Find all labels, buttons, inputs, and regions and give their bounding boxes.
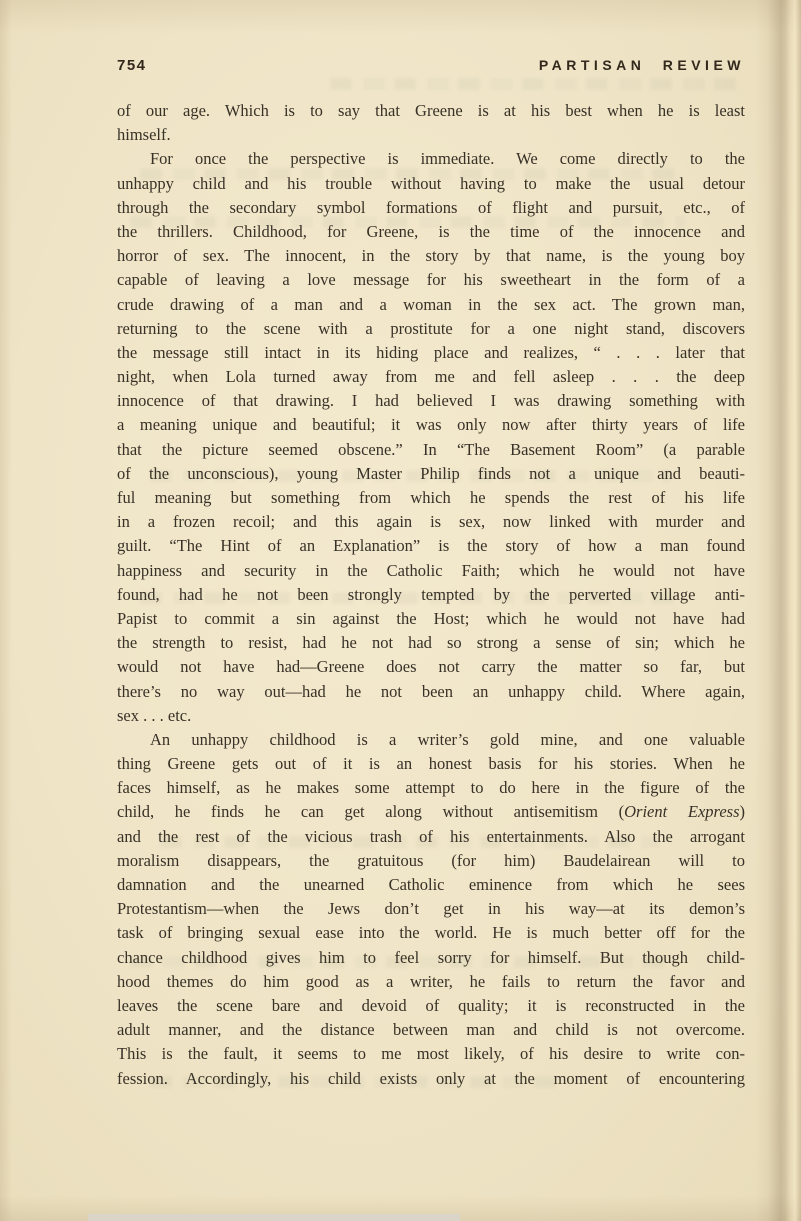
text-segment: capable of leaving a love message for hi… [117,270,745,289]
text-segment: returning to the scene with a prostitute… [117,319,745,338]
text-segment: innocence of that drawing. I had believe… [117,391,745,410]
text-segment: Orient Express [624,802,739,821]
text-line: child, he finds he can get along without… [117,800,745,824]
text-segment: there’s no way out—had he not been an un… [117,682,745,701]
text-line: guilt. “The Hint of an Explanation” is t… [117,534,745,558]
text-segment: This is the fault, it seems to me most l… [117,1044,745,1063]
text-segment: task of bringing sexual ease into the wo… [117,923,745,942]
text-line: hood themes do him good as a writer, he … [117,970,745,994]
text-segment: that the picture seemed obscene.” In “Th… [117,440,745,459]
text-line: adult manner, and the distance between m… [117,1018,745,1042]
text-line: sex . . . etc. [117,704,745,728]
paragraph: An unhappy childhood is a writer’s gold … [117,728,745,1091]
text-segment: a meaning unique and beautiful; it was o… [117,415,745,434]
text-segment: child, he finds he can get along without… [117,802,624,821]
text-line: An unhappy childhood is a writer’s gold … [117,728,745,752]
text-segment: through the secondary symbol formations … [117,198,745,217]
text-line: the message still intact in its hiding p… [117,341,745,365]
text-line: would not have had—Greene does not carry… [117,655,745,679]
text-line: For once the perspective is immediate. W… [117,147,745,171]
text-line: unhappy child and his trouble without ha… [117,172,745,196]
text-segment: leaves the scene bare and devoid of qual… [117,996,745,1015]
text-line: This is the fault, it seems to me most l… [117,1042,745,1066]
text-segment: the thrillers. Childhood, for Greene, is… [117,222,745,241]
scanned-page: 754 PARTISAN REVIEW of our age. Which is… [0,0,801,1221]
text-segment: in a frozen recoil; and this again is se… [117,512,745,531]
text-line: in a frozen recoil; and this again is se… [117,510,745,534]
text-segment: thing Greene gets out of it is an honest… [117,754,745,773]
text-line: found, had he not been strongly tempted … [117,583,745,607]
text-line: fession. Accordingly, his child exists o… [117,1067,745,1091]
text-line: the strength to resist, had he not had s… [117,631,745,655]
text-segment: Protestantism—when the Jews don’t get in… [117,899,745,918]
text-line: of our age. Which is to say that Greene … [117,99,745,123]
text-segment: An unhappy childhood is a writer’s gold … [150,730,745,749]
page-number: 754 [117,57,147,74]
text-segment: chance childhood gives him to feel sorry… [117,948,745,967]
text-segment: and the rest of the vicious trash of his… [117,827,745,846]
running-head: 754 PARTISAN REVIEW [117,57,745,74]
text-line: himself. [117,123,745,147]
text-segment: damnation and the unearned Catholic emin… [117,875,745,894]
text-line: horror of sex. The innocent, in the stor… [117,244,745,268]
text-segment: the message still intact in its hiding p… [117,343,745,362]
text-line: returning to the scene with a prostitute… [117,317,745,341]
text-line: moralism disappears, the gratuitous (for… [117,849,745,873]
text-segment: night, when Lola turned away from me and… [117,367,745,386]
text-line: through the secondary symbol formations … [117,196,745,220]
text-segment: happiness and security in the Catholic F… [117,561,745,580]
underlying-page-edge [88,1214,460,1221]
text-segment: of the unconscious), young Master Philip… [117,464,745,483]
text-line: task of bringing sexual ease into the wo… [117,921,745,945]
paragraph: of our age. Which is to say that Greene … [117,99,745,147]
text-segment: fession. Accordingly, his child exists o… [117,1069,745,1088]
text-segment: moralism disappears, the gratuitous (for… [117,851,745,870]
text-segment: found, had he not been strongly tempted … [117,585,745,604]
text-line: Protestantism—when the Jews don’t get in… [117,897,745,921]
text-line: crude drawing of a man and a woman in th… [117,293,745,317]
text-line: capable of leaving a love message for hi… [117,268,745,292]
text-segment: the strength to resist, had he not had s… [117,633,745,652]
text-line: Papist to commit a sin against the Host;… [117,607,745,631]
text-segment: For once the perspective is immediate. W… [150,149,745,168]
text-line: innocence of that drawing. I had believe… [117,389,745,413]
text-line: the thrillers. Childhood, for Greene, is… [117,220,745,244]
text-line: of the unconscious), young Master Philip… [117,462,745,486]
body-text: of our age. Which is to say that Greene … [117,99,745,1091]
text-segment: unhappy child and his trouble without ha… [117,174,745,193]
text-line: ful meaning but something from which he … [117,486,745,510]
text-segment: horror of sex. The innocent, in the stor… [117,246,745,265]
text-segment: guilt. “The Hint of an Explanation” is t… [117,536,745,555]
text-line: that the picture seemed obscene.” In “Th… [117,438,745,462]
text-line: a meaning unique and beautiful; it was o… [117,413,745,437]
page-edge-shadow [755,0,801,1221]
text-segment: of our age. Which is to say that Greene … [117,101,745,120]
text-segment: Papist to commit a sin against the Host;… [117,609,745,628]
journal-title: PARTISAN REVIEW [539,57,745,73]
text-segment: faces himself, as he makes some attempt … [117,778,745,797]
paragraph: For once the perspective is immediate. W… [117,147,745,728]
text-line: happiness and security in the Catholic F… [117,559,745,583]
text-segment: ful meaning but something from which he … [117,488,745,507]
text-segment: would not have had—Greene does not carry… [117,657,745,676]
show-through [330,78,736,90]
text-line: and the rest of the vicious trash of his… [117,825,745,849]
text-line: night, when Lola turned away from me and… [117,365,745,389]
text-line: thing Greene gets out of it is an honest… [117,752,745,776]
text-line: chance childhood gives him to feel sorry… [117,946,745,970]
text-line: there’s no way out—had he not been an un… [117,680,745,704]
text-line: faces himself, as he makes some attempt … [117,776,745,800]
text-segment: himself. [117,125,171,144]
text-segment: hood themes do him good as a writer, he … [117,972,745,991]
text-line: damnation and the unearned Catholic emin… [117,873,745,897]
text-line: leaves the scene bare and devoid of qual… [117,994,745,1018]
text-segment: adult manner, and the distance between m… [117,1020,745,1039]
text-segment: crude drawing of a man and a woman in th… [117,295,745,314]
text-segment: sex . . . etc. [117,706,191,725]
text-segment: ) [740,802,746,821]
